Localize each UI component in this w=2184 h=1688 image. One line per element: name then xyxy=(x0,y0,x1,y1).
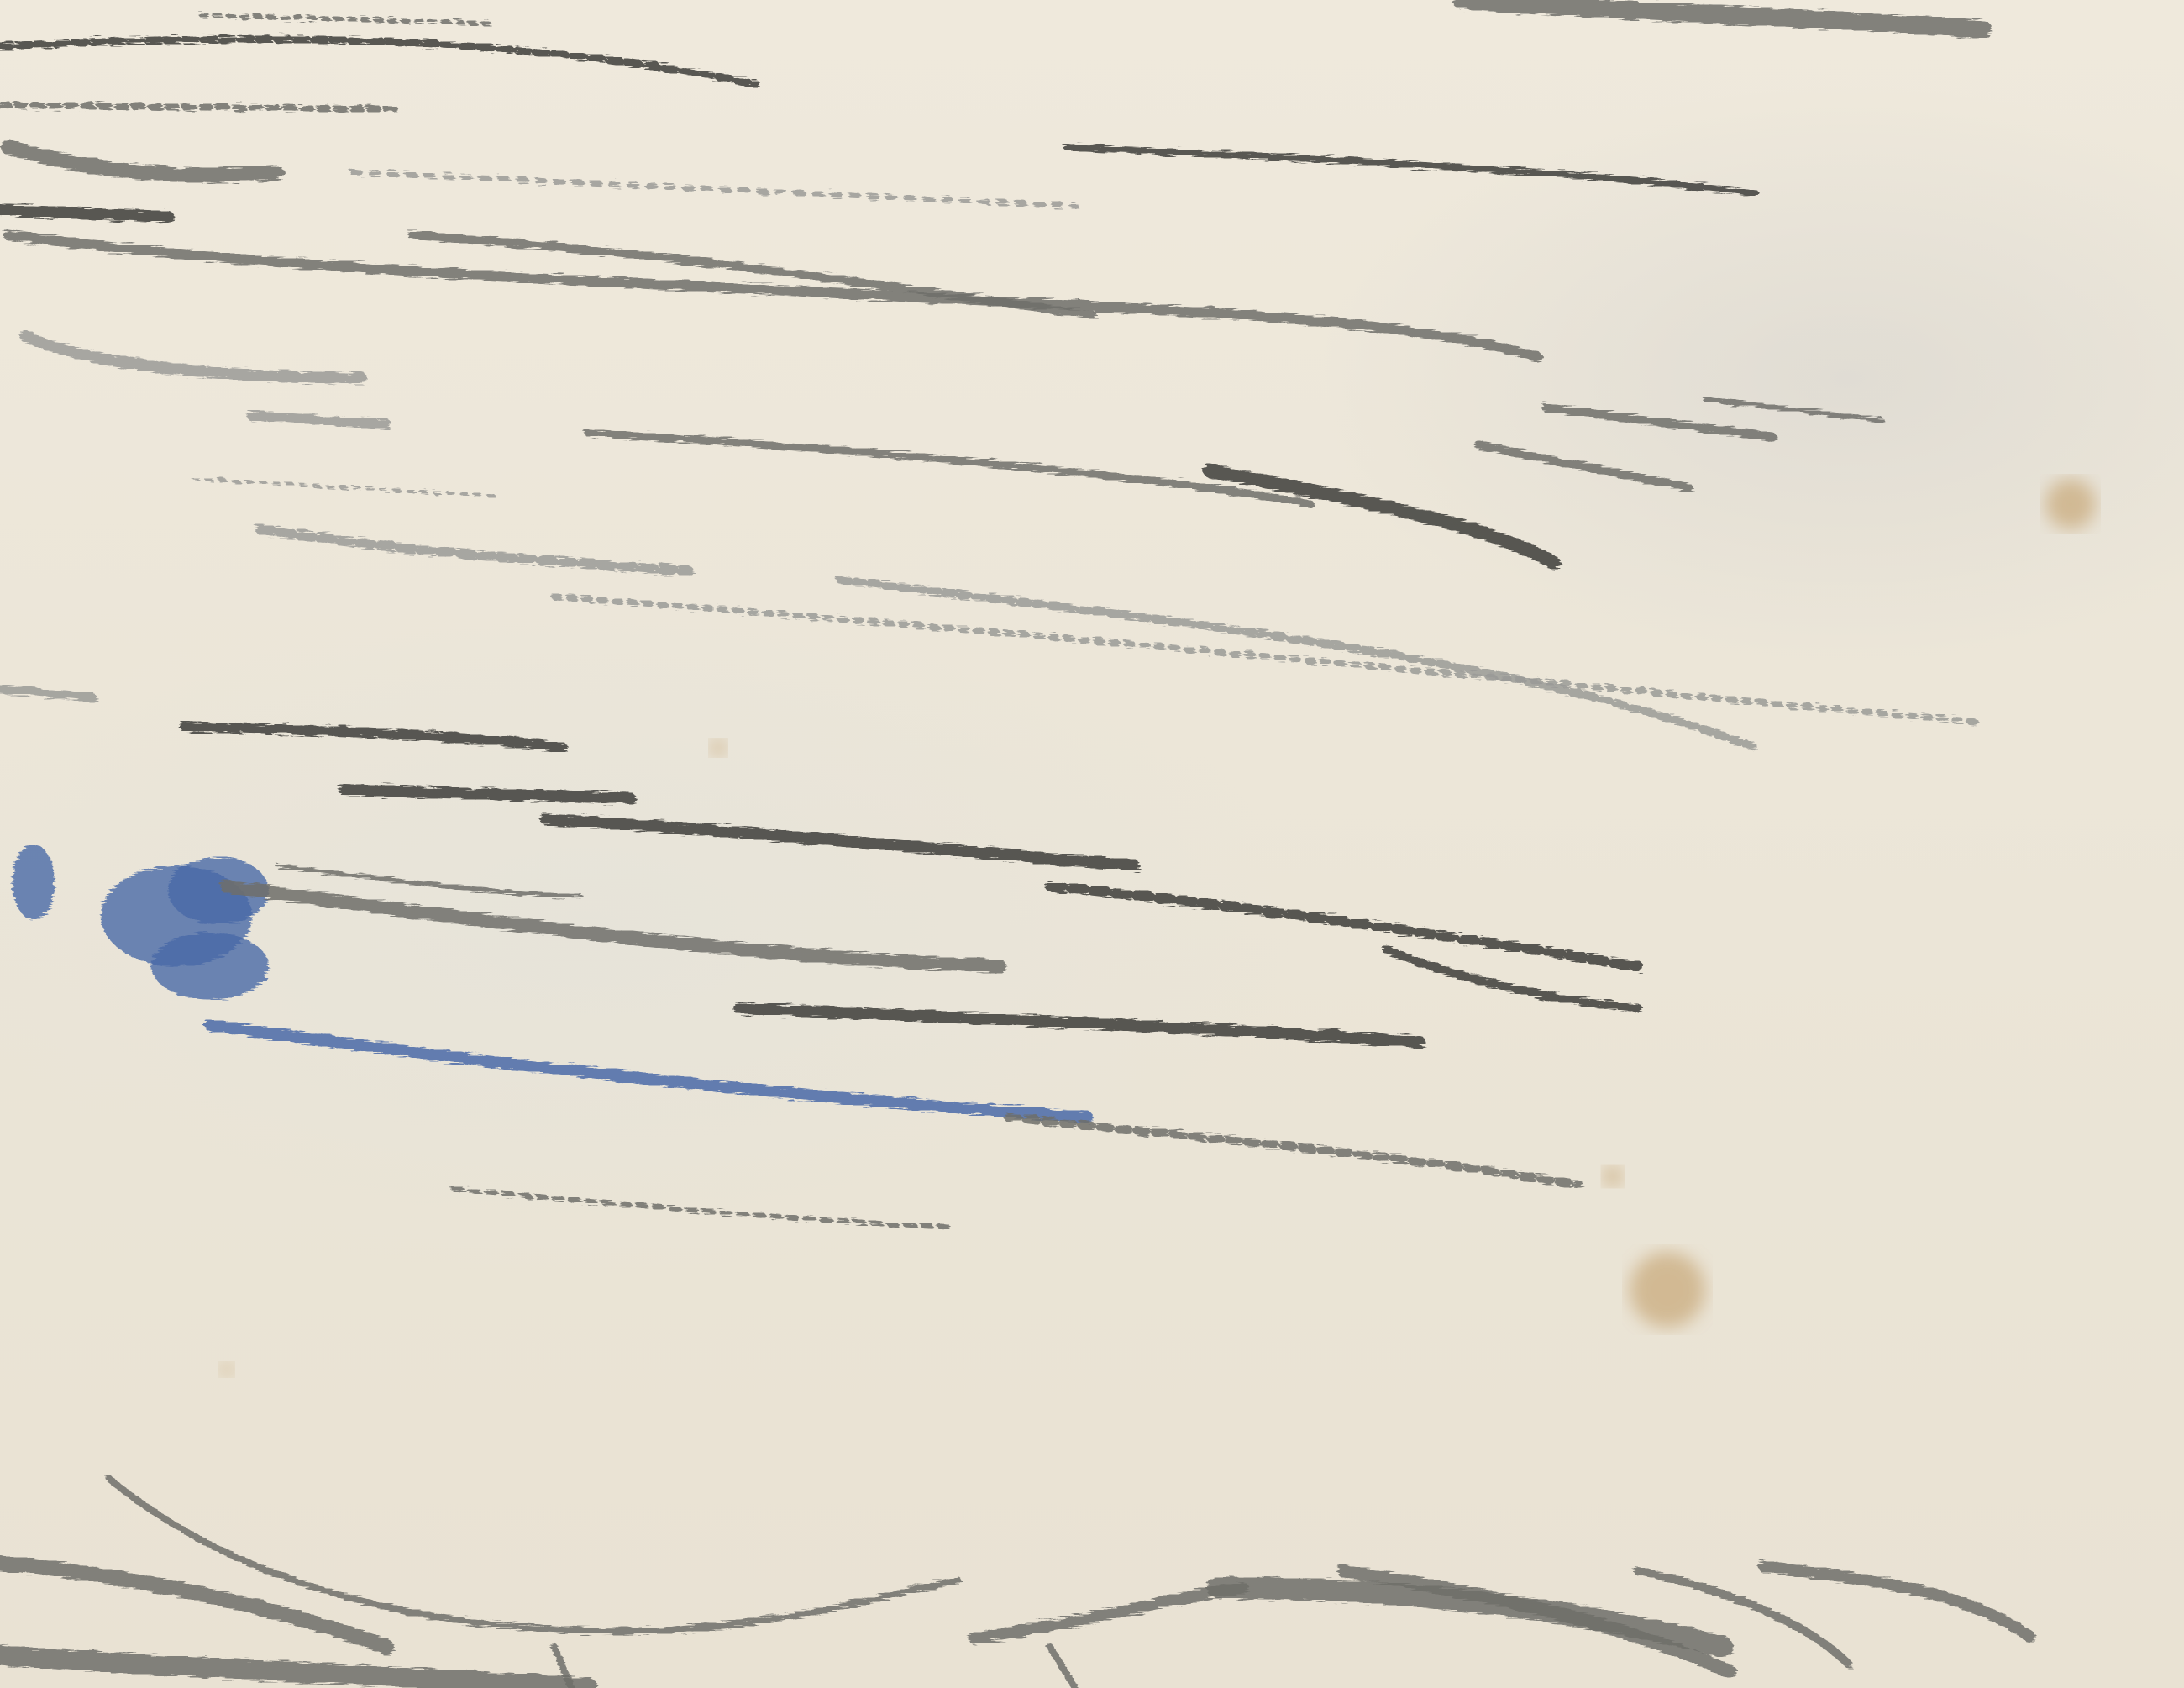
brush-stroke xyxy=(344,790,630,798)
brush-stroke xyxy=(840,580,1756,748)
brush-stroke xyxy=(0,689,92,697)
brush-stroke xyxy=(1050,886,1638,966)
brush-stroke xyxy=(1067,147,1756,193)
brush-stroke xyxy=(0,1655,588,1688)
brush-stroke xyxy=(546,819,1134,865)
brush-stroke xyxy=(0,210,168,217)
brush-stroke xyxy=(454,1189,949,1227)
brush-stroke xyxy=(1462,0,1982,29)
brush-stroke xyxy=(252,416,386,424)
brush-stroke xyxy=(227,886,1000,966)
ink-strokes-layer xyxy=(0,0,2184,1688)
brush-stroke xyxy=(353,172,1075,206)
brush-stroke xyxy=(1050,1647,1075,1688)
blue-pigment-blot xyxy=(151,933,269,1000)
brush-stroke xyxy=(210,1025,1092,1117)
brush-stroke xyxy=(974,1588,1243,1638)
brush-stroke xyxy=(1546,408,1772,437)
brush-stroke xyxy=(8,147,277,175)
brush-stroke xyxy=(1705,399,1882,420)
brush-stroke xyxy=(8,235,1537,357)
brush-stroke xyxy=(0,105,395,109)
brush-stroke xyxy=(260,529,689,571)
brush-stroke xyxy=(554,597,1982,723)
brush-stroke xyxy=(0,39,756,84)
brush-stroke xyxy=(202,15,496,24)
brush-stroke xyxy=(1344,1571,1730,1672)
stain-spot xyxy=(2045,479,2096,529)
blue-pigment-patch xyxy=(13,844,269,1000)
brush-stroke xyxy=(1210,471,1554,563)
brush-stroke xyxy=(739,1008,1420,1042)
brush-stroke xyxy=(1008,1117,1579,1185)
artwork-canvas: Abstract ink brush strokes on aged paper xyxy=(0,0,2184,1688)
brush-stroke xyxy=(588,433,1310,504)
blue-pigment-blot xyxy=(13,844,55,920)
brush-stroke xyxy=(1478,445,1688,487)
brush-stroke xyxy=(193,479,496,496)
brush-stroke xyxy=(185,727,563,748)
brush-stroke xyxy=(0,1563,386,1647)
stain-spot xyxy=(1630,1252,1705,1328)
stain-spot xyxy=(1603,1166,1623,1186)
stain-spot xyxy=(220,1363,234,1376)
brush-stroke xyxy=(277,865,580,896)
brush-strokes xyxy=(0,0,2033,1688)
brush-stroke xyxy=(25,336,361,378)
stain-spot xyxy=(710,739,727,756)
